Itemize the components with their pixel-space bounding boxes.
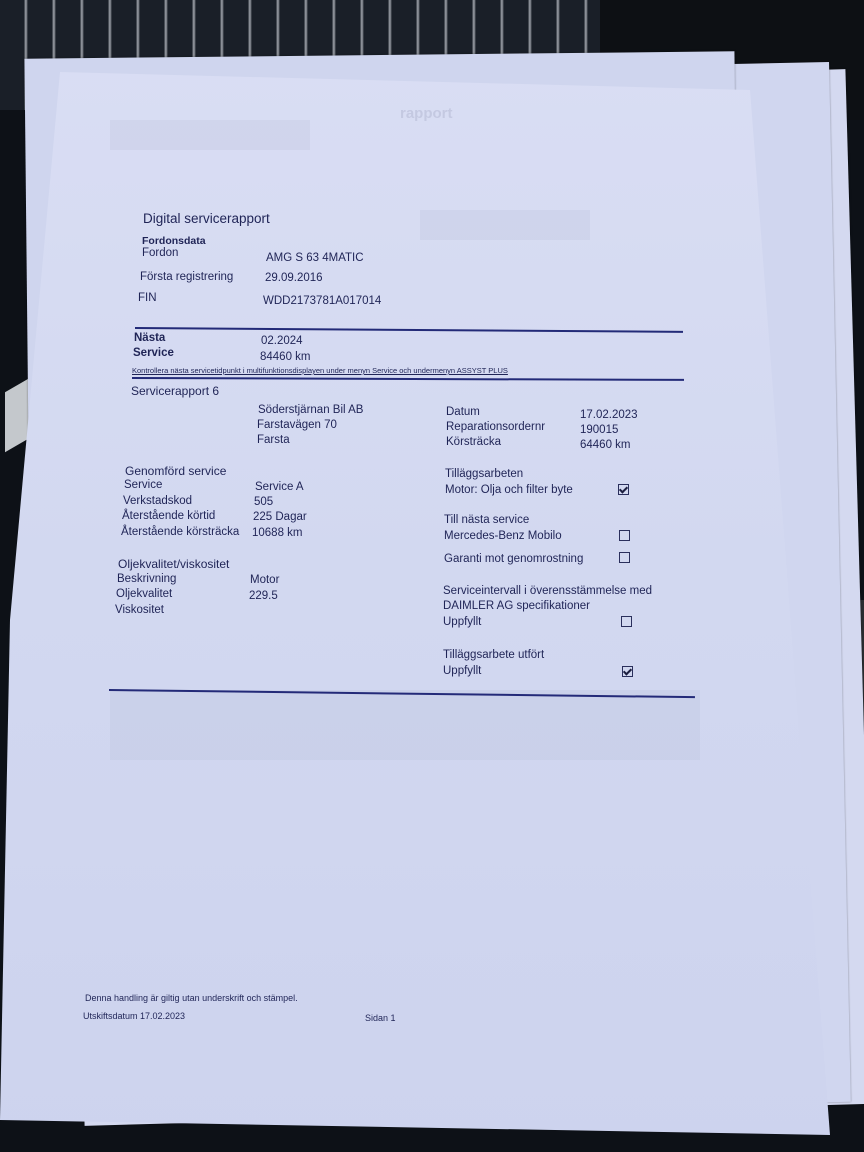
- oil-quality-value: 229.5: [249, 590, 278, 602]
- oil-description-value: Motor: [250, 574, 279, 586]
- mileage-label: Körsträcka: [446, 436, 501, 448]
- dealer-city: Farsta: [257, 434, 290, 446]
- report-heading: Servicerapport 6: [131, 384, 219, 398]
- oil-filter-checkbox: [618, 484, 629, 495]
- remaining-time-value: 225 Dagar: [253, 511, 307, 523]
- first-registration-label: Första registrering: [140, 271, 233, 283]
- fin-label: FIN: [138, 292, 157, 304]
- service-value: Service A: [255, 481, 304, 493]
- next-service-date: 02.2024: [261, 335, 303, 347]
- repair-order-value: 190015: [580, 424, 618, 436]
- fin-value: WDD2173781A017014: [263, 295, 381, 307]
- service-interval-fulfilled-label: Uppfyllt: [443, 616, 481, 628]
- service-interval-heading-2: DAIMLER AG specifikationer: [443, 600, 590, 612]
- vehicle-label: Fordon: [142, 247, 178, 259]
- date-value: 17.02.2023: [580, 409, 638, 421]
- ghost-block: [110, 690, 700, 760]
- divider-line: [132, 377, 684, 380]
- ghost-block: [110, 120, 310, 150]
- viscosity-label: Viskositet: [115, 604, 164, 616]
- mileage-value: 64460 km: [580, 439, 631, 451]
- print-date: Utskiftsdatum 17.02.2023: [83, 1011, 185, 1021]
- additional-work-heading: Tilläggsarbeten: [445, 468, 523, 480]
- paper-curl: [5, 378, 30, 452]
- next-service-mileage: 84460 km: [260, 351, 311, 363]
- service-report-page: rapport Digital servicerapport Fordonsda…: [0, 0, 864, 1152]
- next-service-label-2: Service: [133, 347, 174, 359]
- service-interval-heading: Serviceintervall i överensstämmelse med: [443, 585, 652, 597]
- service-label: Service: [124, 479, 162, 491]
- rust-warranty-checkbox: [619, 552, 630, 563]
- page-title: Digital servicerapport: [143, 211, 270, 226]
- page-number: Sidan 1: [365, 1013, 396, 1023]
- workshop-code-label: Verkstadskod: [123, 495, 192, 507]
- divider-line: [135, 327, 683, 332]
- date-label: Datum: [446, 406, 480, 418]
- until-next-service-heading: Till nästa service: [444, 514, 529, 526]
- service-interval-checkbox: [621, 616, 632, 627]
- next-service-label: Nästa: [134, 332, 165, 344]
- next-service-note: Kontrollera nästa servicetidpunkt i mult…: [132, 366, 508, 375]
- dealer-street: Farstavägen 70: [257, 419, 337, 431]
- oil-heading: Oljekvalitet/viskositet: [118, 557, 229, 571]
- remaining-distance-value: 10688 km: [252, 527, 303, 539]
- rust-warranty-label: Garanti mot genomrostning: [444, 553, 583, 565]
- remaining-distance-label: Återstående körsträcka: [121, 526, 239, 538]
- additional-done-heading: Tilläggsarbete utfört: [443, 649, 544, 661]
- workshop-code-value: 505: [254, 496, 273, 508]
- additional-done-fulfilled-label: Uppfyllt: [443, 665, 481, 677]
- ghost-text: rapport: [400, 105, 453, 122]
- dealer-name: Söderstjärnan Bil AB: [258, 404, 363, 416]
- additional-done-checkbox: [622, 666, 633, 677]
- mobilo-label: Mercedes-Benz Mobilo: [444, 530, 562, 542]
- additional-work-item: Motor: Olja och filter byte: [445, 484, 573, 496]
- vehicle-section-heading: Fordonsdata: [142, 235, 206, 247]
- first-registration-value: 29.09.2016: [265, 272, 323, 284]
- mobilo-checkbox: [619, 530, 630, 541]
- vehicle-value: AMG S 63 4MATIC: [266, 252, 364, 264]
- ghost-block: [420, 210, 590, 240]
- oil-quality-label: Oljekvalitet: [116, 588, 172, 600]
- oil-description-label: Beskrivning: [117, 573, 176, 585]
- validity-note: Denna handling är giltig utan underskrif…: [85, 993, 298, 1003]
- remaining-time-label: Återstående körtid: [122, 510, 215, 522]
- performed-service-heading: Genomförd service: [125, 464, 226, 478]
- repair-order-label: Reparationsordernr: [446, 421, 545, 433]
